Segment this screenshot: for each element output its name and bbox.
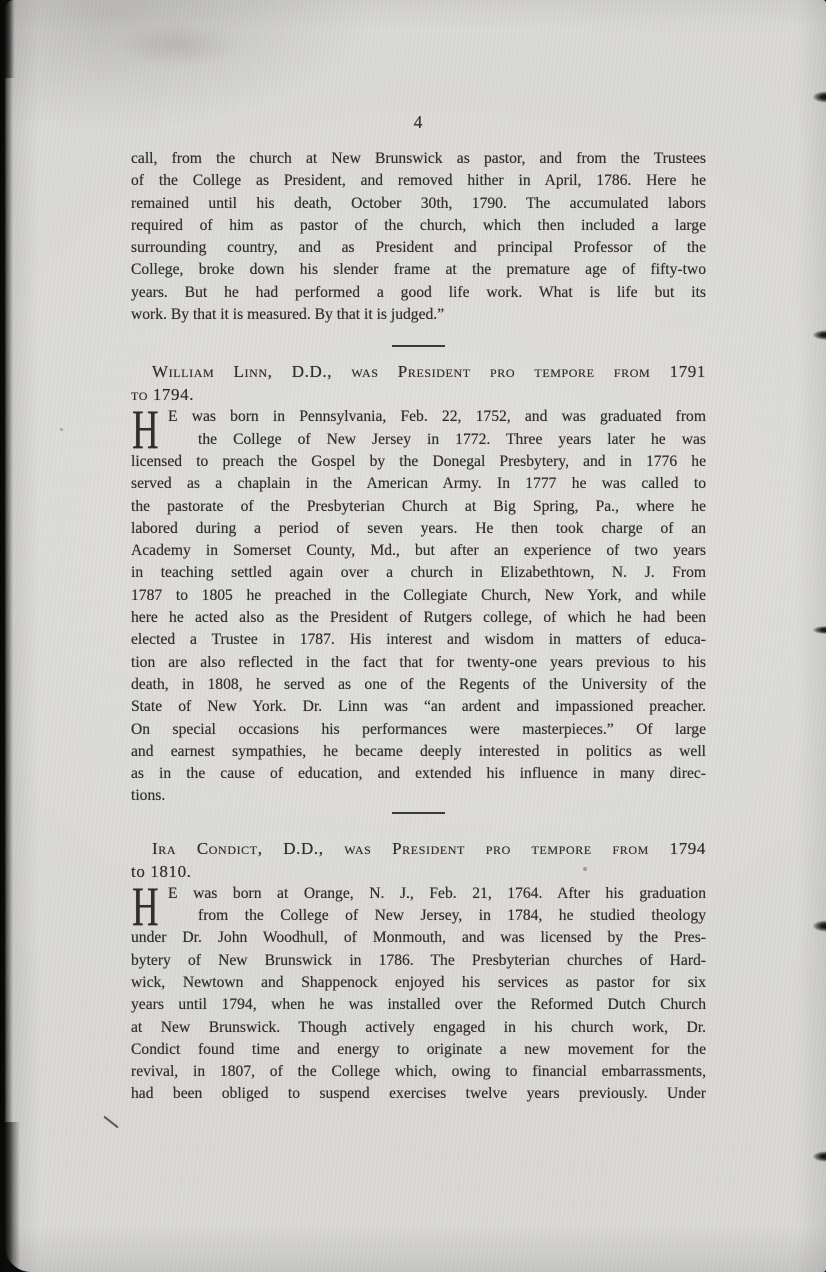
- speck: [583, 867, 587, 871]
- section-heading: Ira Condict, D.D., was President pro tem…: [131, 837, 706, 883]
- text-line: required of him as pastor of the church,…: [131, 215, 706, 237]
- section-heading: William Linn, D.D., was President pro te…: [131, 360, 706, 406]
- text-line: licensed to preach the Gospel by the Don…: [131, 451, 706, 473]
- heading-line: to 1794.: [131, 383, 706, 406]
- text-line: remained until his death, October 30th, …: [131, 193, 706, 215]
- drop-cap-initial: H: [132, 889, 159, 926]
- text-line: work. By that it is measured. By that it…: [131, 304, 706, 326]
- text-line: Academy in Somerset County, Md., but aft…: [131, 540, 706, 562]
- page-edge-mark: [809, 625, 826, 635]
- book-spine-shadow: [0, 0, 13, 1272]
- text-line: College, broke down his slender frame at…: [131, 259, 706, 281]
- text-line: served as a chaplain in the American Arm…: [131, 473, 706, 495]
- text-line: On special occasions his performances we…: [131, 719, 706, 741]
- section-divider: [392, 812, 445, 814]
- text-line: call, from the church at New Brunswick a…: [131, 148, 706, 170]
- text-line: under Dr. John Woodhull, of Monmouth, an…: [131, 927, 706, 949]
- text-line: elected a Trustee in 1787. His interest …: [131, 629, 706, 651]
- section-divider: [392, 345, 445, 347]
- page-edge-mark: [809, 90, 826, 104]
- text-line: as in the cause of education, and extend…: [131, 763, 706, 785]
- scanned-book-photo: 4 call, from the church at New Brunswick…: [0, 0, 826, 1272]
- text-line: at New Brunswick. Though actively engage…: [131, 1017, 706, 1039]
- page-edge-mark: [809, 1150, 826, 1163]
- speck: [60, 428, 63, 431]
- page-number: 4: [131, 112, 706, 135]
- paragraph: call, from the church at New Brunswick a…: [131, 148, 706, 326]
- text-line: tion are also reflected in the fact that…: [131, 652, 706, 674]
- text-line: here he acted also as the President of R…: [131, 607, 706, 629]
- text-line: death, in 1808, he served as one of the …: [131, 674, 706, 696]
- text-line: tions.: [131, 785, 706, 807]
- text-line: 1787 to 1805 he preached in the Collegia…: [131, 585, 706, 607]
- book-spine-shadow-top: [0, 0, 15, 78]
- text-line: bytery of New Brunswick in 1786. The Pre…: [131, 950, 706, 972]
- text-line: the pastorate of the Presbyterian Church…: [131, 496, 706, 518]
- book-spine-shadow-bottom: [0, 1122, 20, 1272]
- text-line: in teaching settled again over a church …: [131, 562, 706, 584]
- book-page: 4 call, from the church at New Brunswick…: [5, 0, 826, 1272]
- text-line: the College of New Jersey in 1772. Three…: [131, 429, 706, 451]
- text-line: wick, Newtown and Shappenock enjoyed his…: [131, 972, 706, 994]
- heading-line: Ira Condict, D.D., was President pro tem…: [131, 837, 706, 860]
- paragraph: HE was born at Orange, N. J., Feb. 21, 1…: [131, 883, 706, 1106]
- drop-cap-initial: H: [132, 412, 159, 449]
- pen-mark: [103, 1116, 118, 1129]
- page-edge-mark: [809, 919, 826, 933]
- text-line: and earnest sympathies, he became deeply…: [131, 741, 706, 763]
- page-edge-mark: [809, 329, 826, 341]
- paragraph: HE was born in Pennsylvania, Feb. 22, 17…: [131, 406, 706, 807]
- text-line: had been obliged to suspend exercises tw…: [131, 1083, 706, 1105]
- text-line: revival, in 1807, of the College which, …: [131, 1061, 706, 1083]
- text-line: years until 1794, when he was installed …: [131, 994, 706, 1016]
- heading-line: William Linn, D.D., was President pro te…: [131, 360, 706, 383]
- text-line: of the College as President, and removed…: [131, 170, 706, 192]
- text-line: Condict found time and energy to origina…: [131, 1039, 706, 1061]
- text-line: years. But he had performed a good life …: [131, 282, 706, 304]
- text-line: E was born in Pennsylvania, Feb. 22, 175…: [131, 406, 706, 428]
- text-column: 4 call, from the church at New Brunswick…: [131, 0, 706, 1106]
- text-line: E was born at Orange, N. J., Feb. 21, 17…: [131, 883, 706, 905]
- text-line: State of New York. Dr. Linn was “an arde…: [131, 696, 706, 718]
- heading-line: to 1810.: [131, 860, 706, 883]
- text-line: labored during a period of seven years. …: [131, 518, 706, 540]
- text-line: from the College of New Jersey, in 1784,…: [131, 905, 706, 927]
- text-line: surrounding country, and as President an…: [131, 237, 706, 259]
